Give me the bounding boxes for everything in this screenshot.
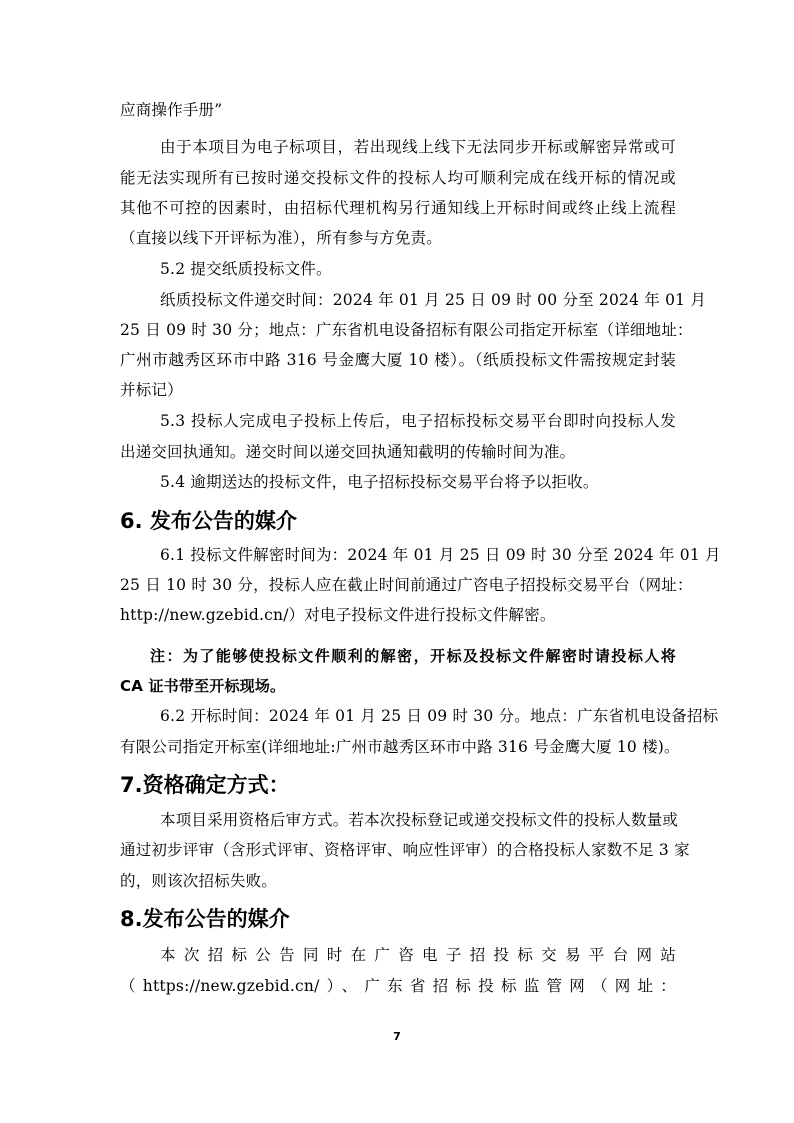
paragraph-line: 本项目采用资格后审方式。若本次投标登记或递交投标文件的投标人数量或 <box>160 810 676 830</box>
paragraph-line: 25 日 09 时 30 分；地点：广东省机电设备招标有限公司指定开标室（详细地… <box>120 320 676 340</box>
paragraph-line: 5.2 提交纸质投标文件。 <box>160 259 676 279</box>
paragraph-line: 并标记） <box>120 380 676 400</box>
section-heading-7: 7.资格确定方式： <box>120 772 290 798</box>
paragraph-line: 通过初步评审（含形式评审、资格评审、响应性评审）的合格投标人家数不足 3 家 <box>120 840 676 860</box>
section-heading-6: 6. 发布公告的媒介 <box>120 508 297 534</box>
paragraph-line: 有限公司指定开标室(详细地址:广州市越秀区环市中路 316 号金鹰大厦 10 楼… <box>120 737 676 757</box>
paragraph-line: 的，则该次招标失败。 <box>120 871 676 891</box>
paragraph-line: 25 日 10 时 30 分，投标人应在截止时间前通过广咨电子招投标交易平台（网… <box>120 575 676 595</box>
page-number: 7 <box>0 1030 794 1043</box>
note-line: 注：为了能够使投标文件顺利的解密，开标及投标文件解密时请投标人将 <box>150 646 676 666</box>
note-line: CA 证书带至开标现场。 <box>120 676 676 696</box>
paragraph-line: http://new.gzebid.cn/）对电子投标文件进行投标文件解密。 <box>120 605 676 625</box>
paragraph-line: 5.3 投标人完成电子投标上传后，电子招标投标交易平台即时向投标人发 <box>160 411 676 431</box>
document-page: 应商操作手册”由于本项目为电子标项目，若出现线上线下无法同步开标或解密异常或可能… <box>0 0 794 1123</box>
paragraph-line: 出递交回执通知。递交时间以递交回执通知截明的传输时间为准。 <box>120 442 676 462</box>
paragraph-line: 5.4 逾期送达的投标文件，电子招标投标交易平台将予以拒收。 <box>160 472 676 492</box>
paragraph-line: 其他不可控的因素时，由招标代理机构另行通知线上开标时间或终止线上流程 <box>120 198 676 218</box>
paragraph-line: 能无法实现所有已按时递交投标文件的投标人均可顺利完成在线开标的情况或 <box>120 168 676 188</box>
paragraph-line: 纸质投标文件递交时间：2024 年 01 月 25 日 09 时 00 分至 2… <box>160 290 676 310</box>
paragraph-line: （https://new.gzebid.cn/）、广东省招标投标监管网（网址： <box>120 976 676 996</box>
paragraph-line: 6.2 开标时间：2024 年 01 月 25 日 09 时 30 分。地点：广… <box>160 706 676 726</box>
section-heading-8: 8.发布公告的媒介 <box>120 906 290 932</box>
paragraph-line: 应商操作手册” <box>120 100 676 120</box>
paragraph-line: （直接以线下开评标为准），所有参与方免责。 <box>120 228 676 248</box>
paragraph-line: 本次招标公告同时在广咨电子招投标交易平台网站 <box>160 945 676 965</box>
paragraph-line: 6.1 投标文件解密时间为：2024 年 01 月 25 日 09 时 30 分… <box>160 545 676 565</box>
paragraph-line: 广州市越秀区环市中路 316 号金鹰大厦 10 楼）。（纸质投标文件需按规定封装 <box>120 350 676 370</box>
paragraph-line: 由于本项目为电子标项目，若出现线上线下无法同步开标或解密异常或可 <box>160 137 676 157</box>
